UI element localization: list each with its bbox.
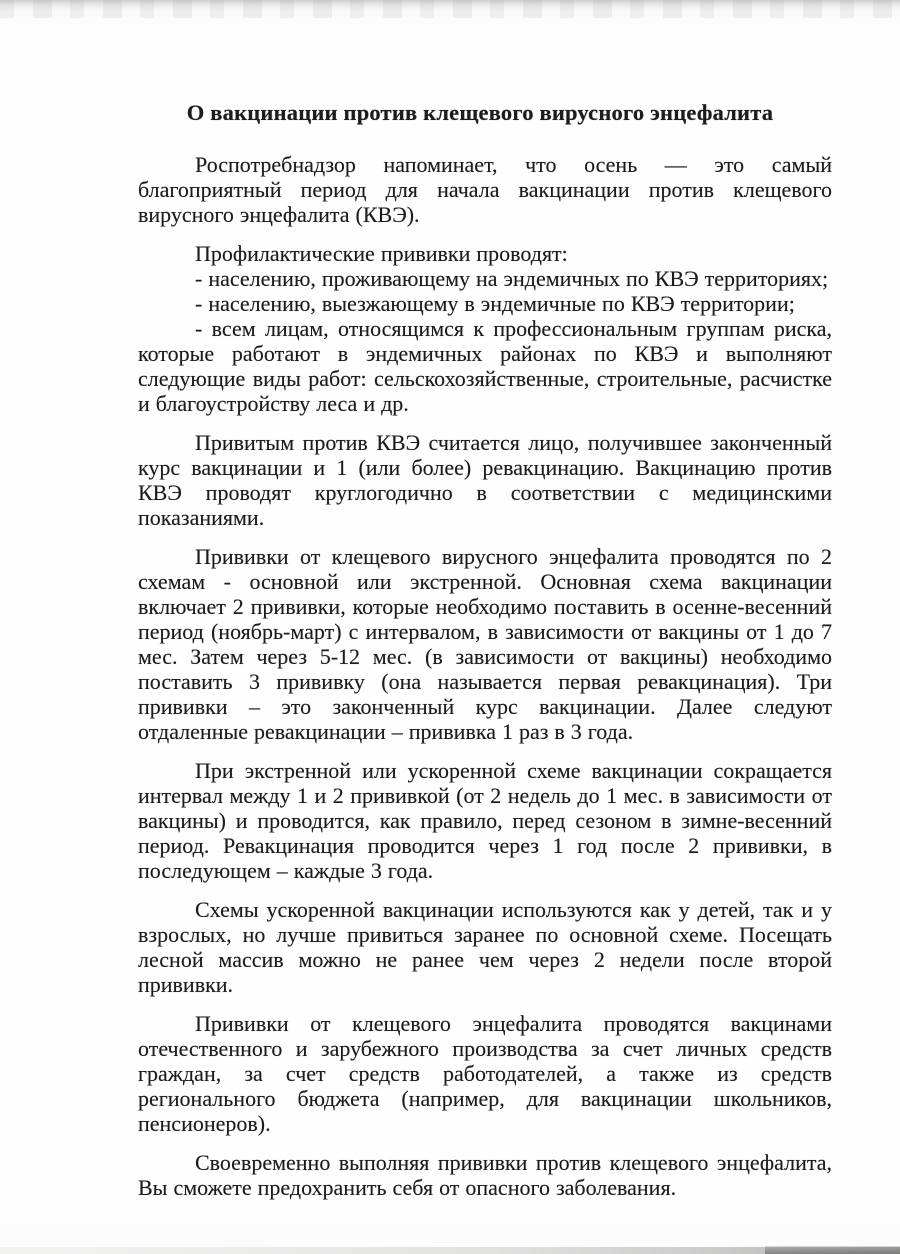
list-item-endemic-travelers: - населению, выезжающему в эндемичные по… (138, 291, 832, 316)
paragraph-vaccination-schemes: Прививки от клещевого вирусного энцефали… (138, 544, 832, 744)
paragraph-emergency-scheme: При экстренной или ускоренной схеме вакц… (138, 758, 832, 883)
document-title: О вакцинации против клещевого вирусного … (138, 100, 822, 126)
list-item-risk-groups: - всем лицам, относящимся к профессионал… (138, 316, 832, 416)
paragraph-accelerated-scheme: Схемы ускоренной вакцинации используются… (138, 897, 832, 997)
scanned-document-page: О вакцинации против клещевого вирусного … (0, 0, 900, 1254)
paragraph-list-header: Профилактические прививки проводят: (138, 241, 832, 266)
paragraph-funding: Прививки от клещевого энцефалита проводя… (138, 1011, 832, 1136)
paragraph-conclusion: Своевременно выполняя прививки против кл… (138, 1150, 832, 1200)
paragraph-intro: Роспотребнадзор напоминает, что осень — … (138, 152, 832, 227)
document-body: О вакцинации против клещевого вирусного … (138, 100, 832, 1200)
scan-artifact-top-edge (0, 0, 900, 18)
scan-artifact-bottom-right-corner (765, 1246, 900, 1254)
list-item-endemic-residents: - населению, проживающему на эндемичных … (138, 266, 832, 291)
paragraph-vaccinated-definition: Привитым против КВЭ считается лицо, полу… (138, 430, 832, 530)
